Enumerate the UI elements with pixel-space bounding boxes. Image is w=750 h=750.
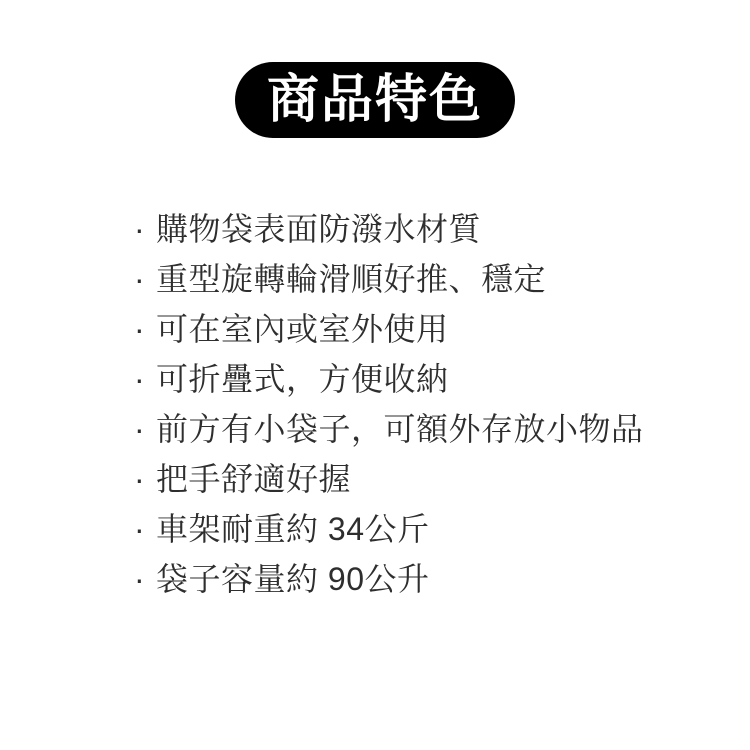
bullet-dot: · — [134, 313, 156, 345]
feature-item: ·袋子容量約 90公升 — [134, 554, 710, 604]
feature-text: 可折疊式，方便收納 — [156, 363, 449, 395]
feature-text: 前方有小袋子，可額外存放小物品 — [156, 413, 644, 445]
feature-text: 重型旋轉輪滑順好推、穩定 — [156, 263, 546, 295]
bullet-dot: · — [134, 213, 156, 245]
section-title: 商品特色 — [267, 74, 483, 126]
product-features-page: 商品特色 ·購物袋表面防潑水材質·重型旋轉輪滑順好推、穩定·可在室內或室外使用·… — [0, 0, 750, 750]
feature-text: 可在室內或室外使用 — [156, 313, 449, 345]
bullet-dot: · — [134, 363, 156, 395]
feature-item: ·可在室內或室外使用 — [134, 304, 710, 354]
feature-item: ·可折疊式，方便收納 — [134, 354, 710, 404]
bullet-dot: · — [134, 513, 156, 545]
feature-list: ·購物袋表面防潑水材質·重型旋轉輪滑順好推、穩定·可在室內或室外使用·可折疊式，… — [134, 204, 710, 604]
feature-item: ·把手舒適好握 — [134, 454, 710, 504]
feature-item: ·購物袋表面防潑水材質 — [134, 204, 710, 254]
bullet-dot: · — [134, 413, 156, 445]
feature-text: 車架耐重約 34公斤 — [156, 513, 430, 545]
feature-item: ·重型旋轉輪滑順好推、穩定 — [134, 254, 710, 304]
bullet-dot: · — [134, 263, 156, 295]
feature-item: ·車架耐重約 34公斤 — [134, 504, 710, 554]
bullet-dot: · — [134, 463, 156, 495]
feature-text: 購物袋表面防潑水材質 — [156, 213, 481, 245]
feature-text: 把手舒適好握 — [156, 463, 351, 495]
feature-item: ·前方有小袋子，可額外存放小物品 — [134, 404, 710, 454]
feature-text: 袋子容量約 90公升 — [156, 563, 430, 595]
section-title-badge: 商品特色 — [235, 62, 515, 138]
bullet-dot: · — [134, 563, 156, 595]
